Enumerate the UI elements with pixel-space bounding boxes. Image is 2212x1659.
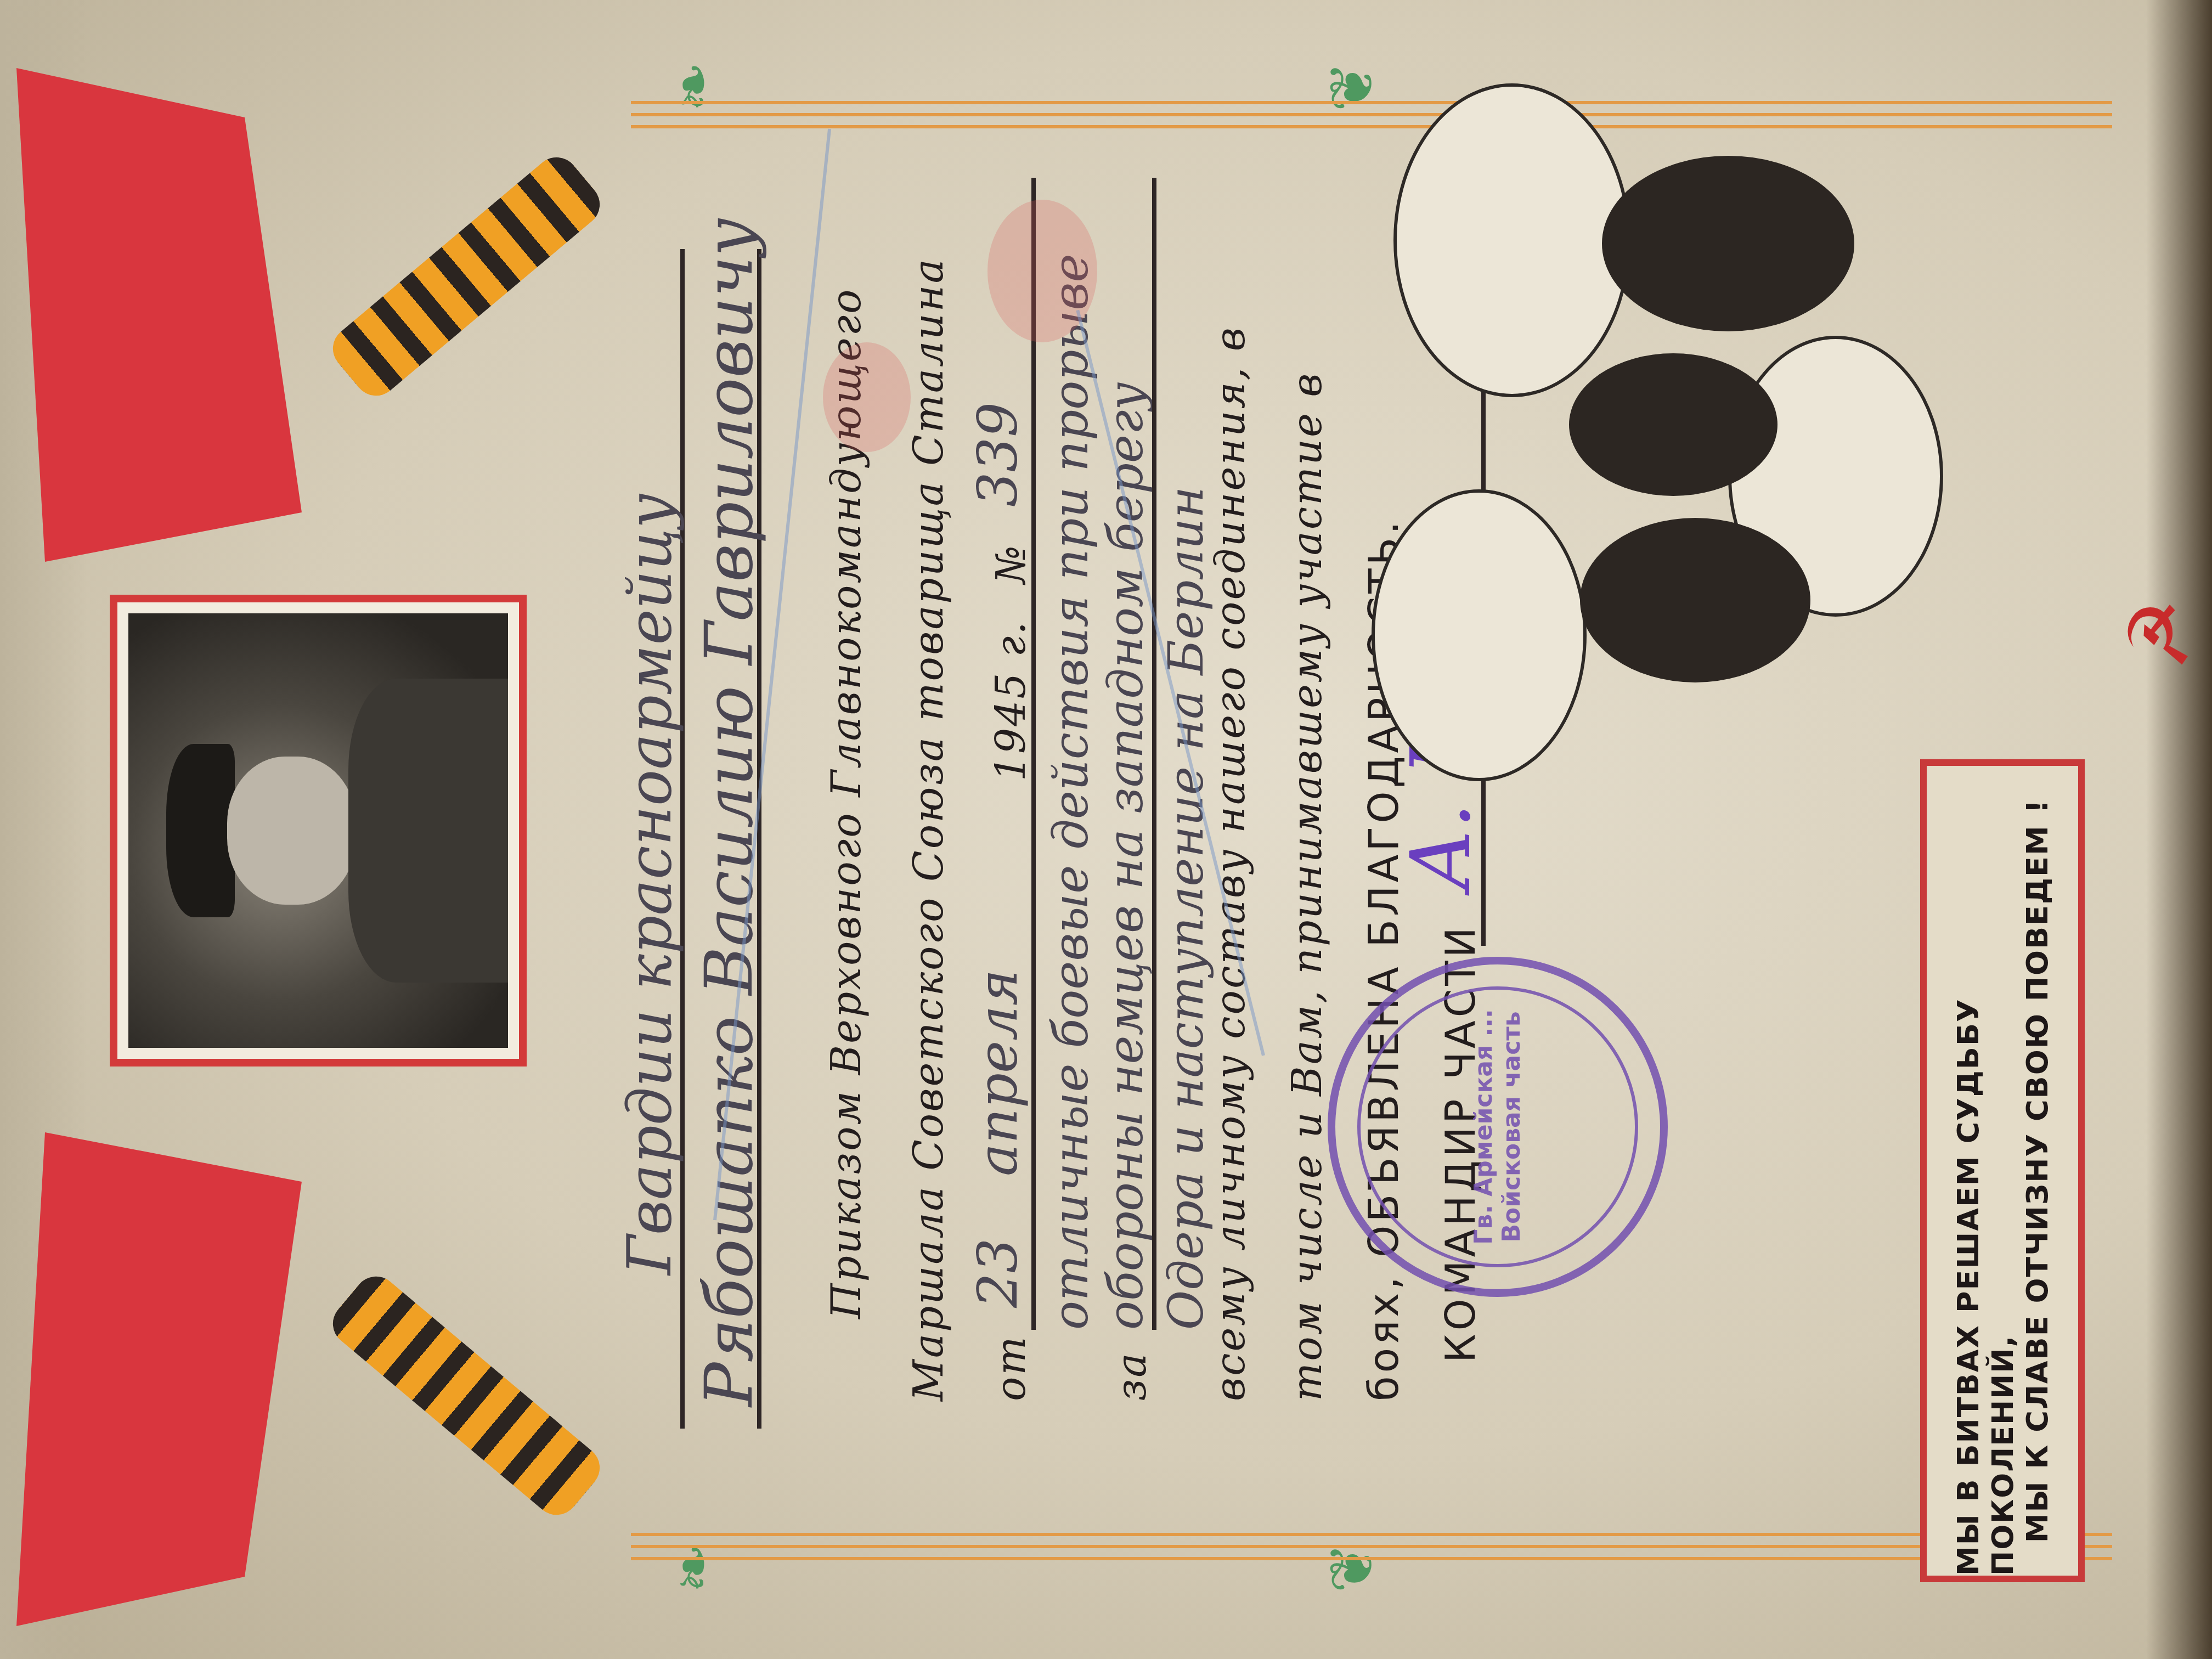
st-george-ribbon-right (324, 148, 609, 404)
slogan-line-2: МЫ К СЛАВЕ ОТЧИЗНУ СВОЮ ПОВЕДЕМ ! (2020, 799, 2055, 1543)
reason-line-1: отличные боевые действия при прорыве (1042, 253, 1099, 1330)
red-flag-left (16, 1132, 302, 1626)
soldier-figure (1569, 353, 1778, 496)
hammer-and-sickle-icon: ☭ (2112, 598, 2208, 672)
portrait-cap (166, 744, 235, 918)
portrait-photo (128, 613, 508, 1048)
date-month: апреля (966, 969, 1030, 1176)
portrait-face (227, 757, 356, 904)
order-number: 339 (966, 402, 1030, 507)
reason-line-3: Одера и наступление на Берлин (1158, 487, 1214, 1330)
recipient-rank: Гвардии красноармейцу (614, 493, 685, 1275)
portrait-frame (110, 595, 527, 1066)
date-year: 1945 г. (988, 620, 1035, 781)
slogan-line-1: МЫ В БИТВАХ РЕШАЕМ СУДЬБУ ПОКОЛЕНИЙ, (1951, 766, 2020, 1576)
order-number-label: № (988, 544, 1035, 584)
portrait-tunic (348, 679, 508, 983)
soldier-figure (1602, 156, 1854, 331)
order-line-2: Маршала Советского Союза товарища Сталин… (905, 257, 952, 1401)
red-flag-right (16, 68, 302, 562)
date-day: 23 (966, 1238, 1030, 1308)
battle-illustration (1372, 68, 2030, 781)
unit-stamp: Гв. Армейская ... Войсковая часть (1328, 957, 1668, 1297)
reason-prefix: за (1108, 1352, 1155, 1401)
slogan-banner: МЫ В БИТВАХ РЕШАЕМ СУДЬБУ ПОКОЛЕНИЙ, МЫ … (1920, 759, 2085, 1582)
date-prefix: от (988, 1335, 1035, 1401)
body-line-2: том числе и Вам, принимавшему участие в (1284, 372, 1331, 1401)
decorative-border-vertical-left (631, 1527, 2112, 1560)
soldier-figure (1580, 518, 1810, 682)
certificate: ❧ ❧ ❦ ❦ Гвардии красноармейцу Рябошапко … (0, 0, 2212, 1659)
smoke-cloud (1393, 83, 1630, 397)
stamp-text: Гв. Армейская ... Войсковая часть (1470, 964, 1526, 1289)
reason-rule (1152, 178, 1156, 1330)
smoke-cloud (1372, 489, 1587, 781)
reason-line-2: обороны немцев на западном берегу (1097, 382, 1154, 1330)
red-ink-stain (823, 342, 911, 452)
st-george-ribbon-left (324, 1267, 609, 1523)
